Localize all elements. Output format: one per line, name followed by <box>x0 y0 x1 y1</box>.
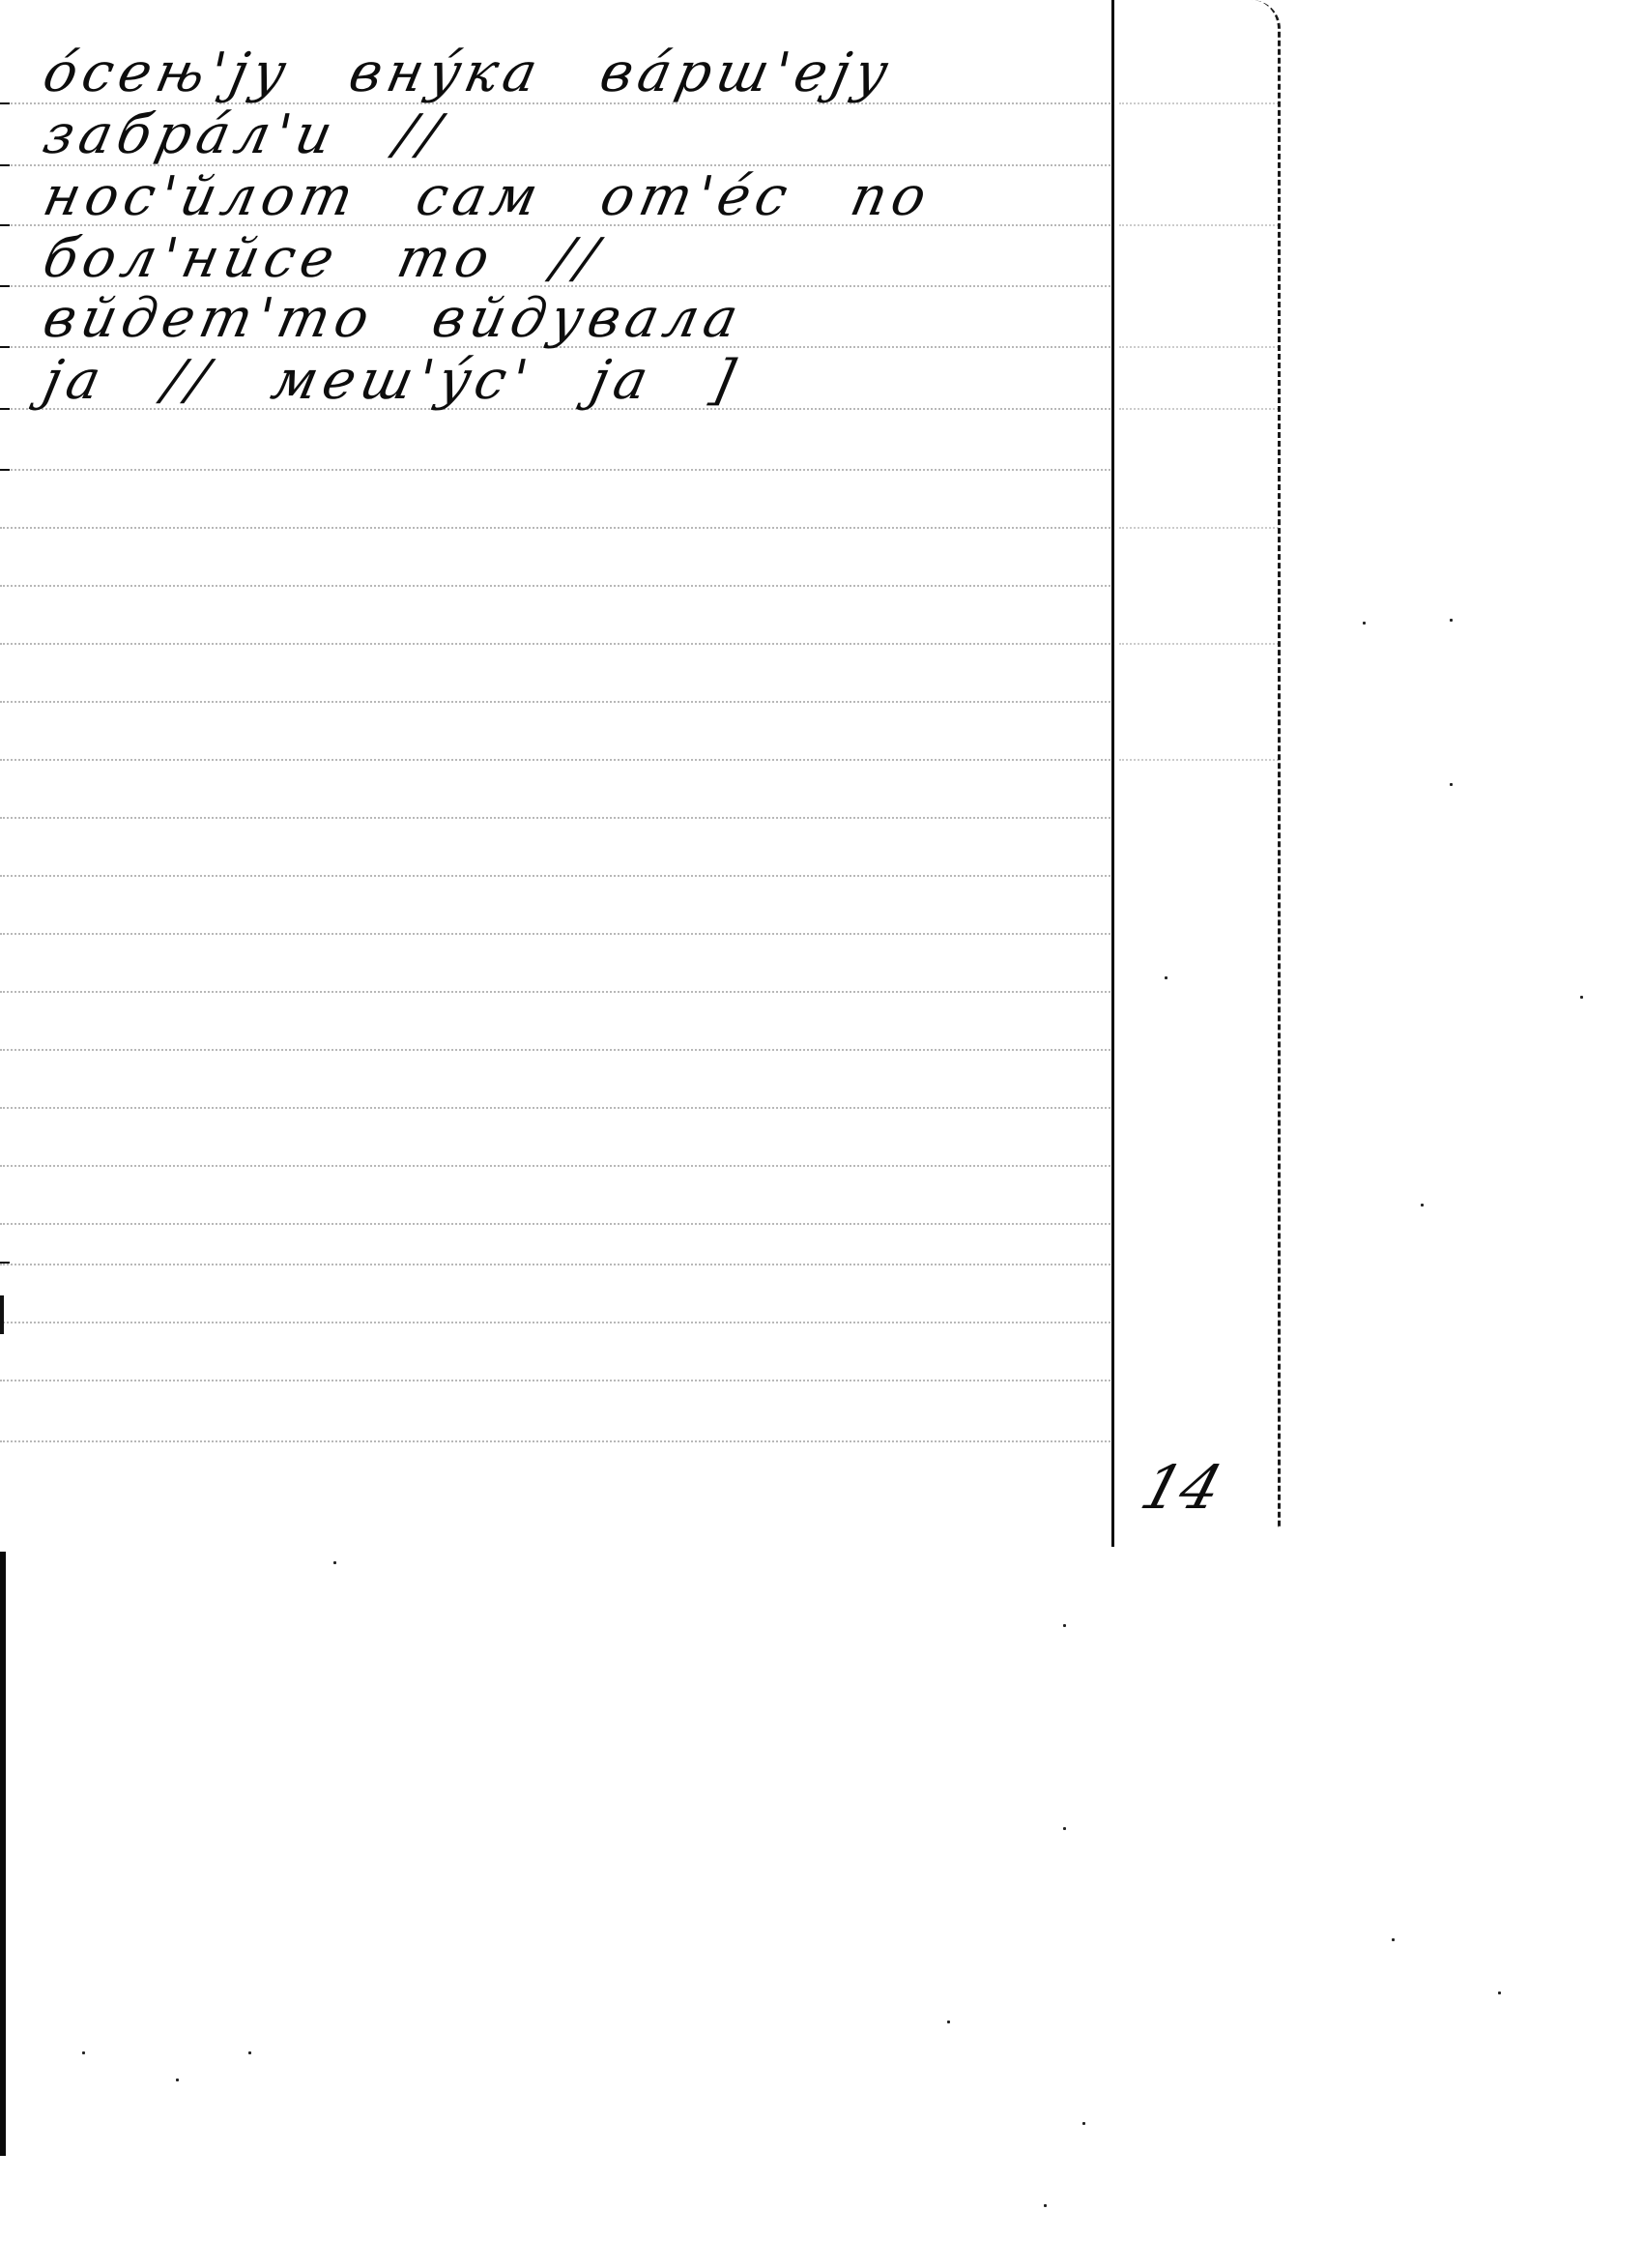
scan-speck <box>1063 1827 1066 1830</box>
ruled-line <box>0 991 1113 993</box>
ruled-line <box>0 469 1113 471</box>
ruled-line <box>0 817 1113 819</box>
scan-speck <box>82 2051 85 2054</box>
handwritten-line-1: óсењ'ју внýка вáрш'еју <box>39 46 898 101</box>
scanned-page: óсењ'ју внýка вáрш'еју забрáл'и // нос'й… <box>0 0 1643 2268</box>
scan-speck <box>947 2021 950 2023</box>
margin-tick <box>0 285 10 287</box>
scan-speck <box>333 1561 336 1564</box>
handwritten-line-2: забрáл'и // <box>39 108 450 162</box>
page-edge-border <box>1247 0 1281 1527</box>
handwritten-line-3: нос'йлот сам от'éс по <box>39 170 937 224</box>
margin-tick <box>0 224 10 226</box>
scan-speck <box>1498 1992 1501 1994</box>
scan-edge-bar <box>0 1552 6 2156</box>
ruled-line <box>0 1223 1113 1225</box>
margin-tick <box>0 346 10 348</box>
ruled-line <box>0 1440 1113 1442</box>
handwritten-line-6: ја // меш'ýс' ја ] <box>39 354 745 408</box>
scan-speck <box>1580 996 1583 999</box>
ruled-line <box>0 527 1113 529</box>
margin-tick <box>0 164 10 166</box>
scan-speck <box>1392 1938 1395 1941</box>
column-divider-line <box>1111 0 1114 1547</box>
scan-speck <box>1421 1204 1424 1207</box>
ruled-line <box>0 643 1113 645</box>
scan-speck <box>1063 1624 1066 1627</box>
ruled-line <box>0 1165 1113 1167</box>
scan-speck <box>1082 2122 1085 2125</box>
ruled-line <box>0 1049 1113 1051</box>
margin-tick <box>0 1262 10 1264</box>
handwritten-line-4: бол'нйсе то // <box>39 232 607 286</box>
ruled-line <box>0 701 1113 703</box>
margin-tick <box>0 469 10 471</box>
ruled-line <box>0 933 1113 935</box>
scan-speck <box>1450 619 1453 622</box>
scan-speck <box>176 2079 179 2081</box>
ruled-line <box>0 1380 1113 1381</box>
ruled-line <box>0 585 1113 587</box>
scan-speck <box>1044 2204 1047 2207</box>
ruled-line <box>0 1264 1113 1265</box>
handwritten-line-5: вйдет'то вйдувала <box>39 292 748 346</box>
page-number: 14 <box>1135 1458 1228 1518</box>
ruled-line <box>0 875 1113 877</box>
scan-speck <box>1450 783 1453 786</box>
scan-speck <box>1363 622 1366 625</box>
left-edge-bracket <box>0 1295 4 1334</box>
margin-tick <box>0 102 10 104</box>
ruled-line <box>0 759 1113 761</box>
margin-tick <box>0 408 10 410</box>
ruled-line <box>0 1107 1113 1109</box>
scan-speck <box>1165 976 1167 979</box>
ruled-line <box>0 1322 1113 1323</box>
scan-speck <box>248 2051 251 2054</box>
